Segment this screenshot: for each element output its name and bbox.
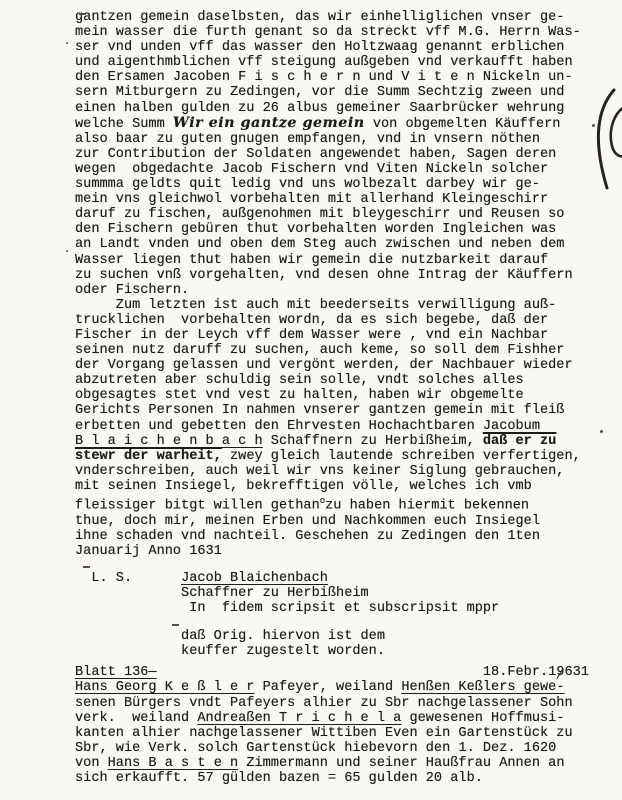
text-line: zu suchen vnß vorgehalten, vnd desen ohn… [75, 268, 605, 283]
text-line: ihne schaden vnd nachteil. Geschehen zu … [75, 529, 605, 544]
scan-speck [83, 566, 90, 568]
text-line: Gerichts Personen In nahmen vnserer gant… [75, 403, 605, 418]
text-segment: summma geldts quit ledig vnd uns wolbeza… [75, 177, 540, 192]
text-line: oder Fischern. [75, 283, 605, 298]
text-line: fleissiger bitgt willen gethanozu haben … [75, 494, 605, 514]
scan-speck [66, 42, 68, 44]
text-segment: keuffer zugestelt worden. [75, 644, 385, 659]
text-segment: und aigenthmblichen vff steigung außgebe… [75, 55, 573, 70]
underlined-name: Hans Georg K e ß l e r [75, 680, 254, 695]
text-segment: mein wasser die furth genant so da strec… [75, 25, 581, 40]
text-segment: seinen nutz daruff zu suchen, auch keme,… [75, 343, 564, 358]
entry-date: 631 [564, 665, 588, 680]
text-line: In fidem scripsit et subscripsit mppr [75, 601, 605, 616]
text-line: vnderschreiben, auch weil wir vns keiner… [75, 464, 605, 479]
text-segment: wegen obgedachte Jacob Fischern vnd Vite… [75, 162, 548, 177]
scan-speck [600, 430, 603, 433]
paragraph-2: Zum letzten ist auch mit beederseits ver… [75, 298, 605, 559]
text-segment: oder Fischern. [75, 283, 189, 298]
text-line: also baar zu guten gnugen empfangen, vnd… [75, 132, 605, 147]
text-line: daruf zu fischen, außgenohmen mit bleyge… [75, 207, 605, 222]
text-line: mein vns gleichwol vorbehalten mit aller… [75, 192, 605, 207]
text-segment: den Ersamen Jacoben F i s c h e r n und … [75, 70, 573, 85]
text-segment [157, 665, 483, 680]
text-line: Januarij Anno 1631 [75, 544, 605, 559]
folio-reference: Blatt 136— [75, 665, 157, 680]
text-segment: Schaffnern zu Herbißheim, [263, 434, 483, 449]
text-line: mit seinen Insiegel, bekrefftigen völle,… [75, 479, 605, 494]
text-line: den Ersamen Jacoben F i s c h e r n und … [75, 70, 605, 85]
text-segment: trucklichen vorbehalten wordn, da es sic… [75, 313, 548, 328]
text-line: Wasser liegen thut haben wir gemein die … [75, 253, 605, 268]
text-segment: Pafeyer, weiland [254, 680, 401, 695]
text-line: mein wasser die furth genant so da strec… [75, 25, 605, 40]
text-segment: senen Bürgers vndt Pafeyers alhier zu Sb… [75, 696, 573, 711]
overstruck-words: daß er zu [483, 434, 556, 449]
text-segment: zu haben hiermit bekennen [325, 499, 529, 514]
text-line: keuffer zugestelt worden. [75, 644, 605, 659]
scanned-document-page: { "page": { "background": "#faf8f3", "in… [0, 0, 622, 800]
signature-block: L. S. Jacob Blaichenbach Schaffner zu He… [75, 571, 605, 616]
entry-date: 18.Febr.1 [483, 665, 556, 680]
text-segment: zur Contribution der Soldaten angewendet… [75, 147, 556, 162]
hand-correction: Wir ein gantze gemein [173, 115, 365, 131]
text-segment: ihne schaden vnd nachteil. Geschehen zu … [75, 529, 540, 544]
text-segment: erbetten und gebetten den Ehrvesten Hoch… [75, 419, 483, 434]
text-line: an Landt vnden und oben dem Steg auch zw… [75, 237, 605, 252]
text-segment: Wasser liegen thut haben wir gemein die … [75, 253, 548, 268]
text-line: summma geldts quit ledig vnd uns wolbeza… [75, 177, 605, 192]
signature-name: Jacob Blaichenbach [181, 571, 328, 586]
text-segment: Gerichts Personen In nahmen vnserer gant… [75, 403, 564, 418]
text-line: und aigenthmblichen vff steigung außgebe… [75, 55, 605, 70]
text-line: von Hans B a s t e n Zimmermann und sein… [75, 756, 605, 771]
text-line: zur Contribution der Soldaten angewendet… [75, 147, 605, 162]
text-segment: daruf zu fischen, außgenohmen mit bleyge… [75, 207, 564, 222]
text-line: der Vorgang gelassen und vergönt werden,… [75, 358, 605, 373]
text-line: Schaffner zu Herbißheim [75, 586, 605, 601]
text-line: L. S. Jacob Blaichenbach [75, 571, 605, 586]
text-segment: Schaffner zu Herbißheim [75, 586, 369, 601]
underlined-name: B l a i c h e n b a c h [75, 434, 263, 449]
delivery-note: daß Orig. hiervon ist dem keuffer zugest… [75, 629, 605, 659]
text-segment: Zum letzten ist auch mit beederseits ver… [75, 298, 556, 313]
text-segment: Sbr, wie Verk. solch Gartenstück hiebevo… [75, 741, 556, 756]
text-segment: mit seinen Insiegel, bekrefftigen völle,… [75, 479, 532, 494]
text-line: Fischer in der Leych vff dem Wasser were… [75, 328, 605, 343]
underlined-name: Henßen Keßlers gewe- [401, 680, 564, 695]
text-line: Blatt 136— 18.Febr.19631 [75, 665, 605, 680]
text-line: B l a i c h e n b a c h Schaffnern zu He… [75, 434, 605, 449]
text-area: gantzen gemein daselbsten, das wir einhe… [75, 10, 605, 786]
text-line: Sbr, wie Verk. solch Gartenstück hiebevo… [75, 741, 605, 756]
underlined-name: Andreaßen T r i c h e l a [197, 711, 401, 726]
text-segment: also baar zu guten gnugen empfangen, vnd… [75, 132, 540, 147]
text-segment: sich erkaufft. 57 gülden bazen = 65 guld… [75, 771, 483, 786]
text-segment: den Fischern gebüren thut vorbehalten wo… [75, 222, 556, 237]
text-line: einen halben gulden zu 26 albus gemeiner… [75, 101, 605, 116]
text-line: gantzen gemein daselbsten, das wir einhe… [75, 10, 605, 25]
text-line: ser vnd unden vff das wasser den Holtzwa… [75, 40, 605, 55]
text-segment: fleissiger bitgt willen gethan [75, 499, 320, 514]
text-segment: Fischer in der Leych vff dem Wasser were… [75, 328, 548, 343]
text-segment: von obgemelten Käuffern [365, 117, 561, 132]
text-line: seinen nutz daruff zu suchen, auch keme,… [75, 343, 605, 358]
text-line: Hans Georg K e ß l e r Pafeyer, weiland … [75, 680, 605, 695]
underlined-name: Jacobum [483, 419, 540, 434]
scan-speck [172, 624, 179, 626]
text-line: obgesagtes stet vnd vest zu halten, habe… [75, 388, 605, 403]
text-line: welche Summ Wir ein gantze gemein von ob… [75, 116, 605, 132]
text-segment: gewesenen Hoffmusi- [401, 711, 564, 726]
text-segment: von [75, 756, 108, 771]
text-segment: abzutreten aber schuldig sein solle, vnd… [75, 373, 524, 388]
struck-digit: 9 [556, 665, 564, 680]
text-segment: der Vorgang gelassen und vergönt werden,… [75, 358, 573, 373]
text-line: erbetten und gebetten den Ehrvesten Hoch… [75, 419, 605, 434]
text-segment: thue, doch mir, meinen Erben und Nachkom… [75, 514, 540, 529]
text-line: kanten alhier nachgelassener Wittiben Ev… [75, 726, 605, 741]
text-segment: verk. weiland [75, 711, 197, 726]
text-segment: kanten alhier nachgelassener Wittiben Ev… [75, 726, 573, 741]
text-line: verk. weiland Andreaßen T r i c h e l a … [75, 711, 605, 726]
text-segment: vnderschreiben, auch weil wir vns keiner… [75, 464, 564, 479]
underlined-name: Hans B a s t e n [108, 756, 239, 771]
text-line: thue, doch mir, meinen Erben und Nachkom… [75, 514, 605, 529]
text-segment: gantzen gemein daselbsten, das wir einhe… [75, 10, 564, 25]
text-segment: mein vns gleichwol vorbehalten mit aller… [75, 192, 548, 207]
text-line: den Fischern gebüren thut vorbehalten wo… [75, 222, 605, 237]
overstruck-words: stewr der warheit, [75, 449, 222, 464]
text-segment: zu suchen vnß vorgehalten, vnd desen ohn… [75, 268, 573, 283]
text-segment: In fidem scripsit et subscripsit mppr [75, 601, 499, 616]
text-segment: obgesagtes stet vnd vest zu halten, habe… [75, 388, 524, 403]
text-segment: welche Summ [75, 117, 173, 132]
text-segment: zwey gleich lautende schreiben verfertig… [222, 449, 581, 464]
record-entry: Blatt 136— 18.Febr.19631Hans Georg K e ß… [75, 665, 605, 786]
text-segment: Januarij Anno 1631 [75, 544, 222, 559]
handwritten-mark-icon [588, 86, 622, 196]
locus-sigilli: L. S. [75, 571, 181, 586]
text-segment: ser vnd unden vff das wasser den Holtzwa… [75, 40, 564, 55]
text-segment: an Landt vnden und oben dem Steg auch zw… [75, 237, 564, 252]
text-line: trucklichen vorbehalten wordn, da es sic… [75, 313, 605, 328]
paragraph-1: gantzen gemein daselbsten, das wir einhe… [75, 10, 605, 298]
text-line: stewr der warheit, zwey gleich lautende … [75, 449, 605, 464]
scan-speck [592, 124, 595, 127]
text-line: sern Mitburgern zu Zedingen, vor die Sum… [75, 85, 605, 100]
text-line: Zum letzten ist auch mit beederseits ver… [75, 298, 605, 313]
text-line: senen Bürgers vndt Pafeyers alhier zu Sb… [75, 696, 605, 711]
text-segment: Zimmermann und seiner Haußfrau Annen an [238, 756, 564, 771]
text-segment: sern Mitburgern zu Zedingen, vor die Sum… [75, 85, 564, 100]
text-segment: daß Orig. hiervon ist dem [75, 629, 385, 644]
scan-speck [66, 250, 68, 252]
scan-speck [79, 13, 85, 15]
text-line: sich erkaufft. 57 gülden bazen = 65 guld… [75, 771, 605, 786]
text-line: daß Orig. hiervon ist dem [75, 629, 605, 644]
text-line: abzutreten aber schuldig sein solle, vnd… [75, 373, 605, 388]
text-segment: einen halben gulden zu 26 albus gemeiner… [75, 101, 564, 116]
text-line: wegen obgedachte Jacob Fischern vnd Vite… [75, 162, 605, 177]
